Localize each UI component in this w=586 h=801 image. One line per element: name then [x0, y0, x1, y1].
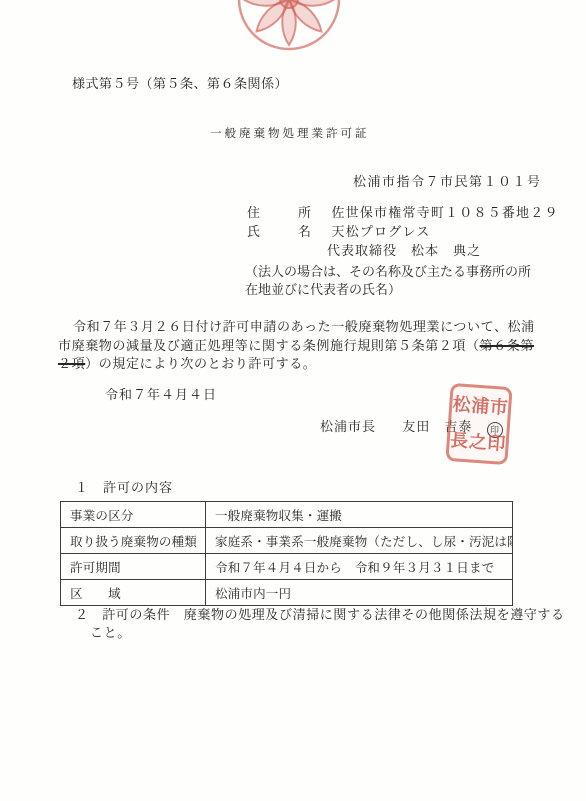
- name-label: 氏 名: [247, 221, 311, 240]
- row-value: 一般廃棄物収集・運搬: [206, 502, 513, 528]
- table-row: 区 域 松浦市内一円: [61, 580, 513, 606]
- row-label: 区 域: [61, 580, 206, 606]
- table-row: 取り扱う廃棄物の種類 家庭系・事業系一般廃棄物（ただし、し尿・汚泥は除く。）: [61, 528, 513, 554]
- recipient-name-row: 氏 名 天松プログレス: [247, 221, 430, 240]
- body-line-2: 市廃棄物の減量及び適正処理等に関する条例施行規則第５条第２項（第６条第: [58, 337, 564, 356]
- section2-line1: ２ 許可の条件 廃棄物の処理及び清掃に関する法律その他関係法規を遵守する: [60, 606, 570, 624]
- body-line-1: 令和７年３月２６日付け許可申請のあった一般廃棄物処理業について、松浦: [58, 318, 564, 337]
- representative-row: 代表取締役 松本 典之: [327, 240, 481, 259]
- issuer-title: 松浦市長: [320, 419, 376, 434]
- section2-conditions: ２ 許可の条件 廃棄物の処理及び清掃に関する法律その他関係法規を遵守する こと。: [60, 606, 570, 642]
- struck-text-1: 第６条第: [480, 338, 534, 353]
- permit-body-paragraph: 令和７年３月２６日付け許可申請のあった一般廃棄物処理業について、松浦 市廃棄物の…: [58, 318, 564, 374]
- name-value: 天松プログレス: [331, 224, 430, 239]
- section2-line2: こと。: [60, 624, 570, 642]
- corporate-note-line2: 在地並びに代表者の氏名）: [245, 279, 401, 298]
- row-label: 事業の区分: [61, 502, 206, 528]
- recipient-address-row: 住 所 佐世保市権常寺町１０８５番地２９: [247, 202, 559, 221]
- struck-text-2: ２項: [58, 356, 85, 371]
- table-row: 事業の区分 一般廃棄物収集・運搬: [61, 502, 513, 528]
- issue-date: 令和７年４月４日: [105, 384, 217, 403]
- address-label: 住 所: [247, 202, 311, 221]
- document-title: 一般廃棄物処理業許可証: [210, 125, 370, 141]
- form-number: 様式第５号（第５条、第６条関係）: [72, 73, 288, 92]
- address-value: 佐世保市権常寺町１０８５番地２９: [331, 205, 558, 220]
- row-label: 取り扱う廃棄物の種類: [61, 528, 206, 554]
- body-line-3: ２項）の規定により次のとおり許可する。: [58, 355, 564, 374]
- row-value: 令和７年４月４日から 令和９年３月３１日まで: [206, 554, 513, 580]
- row-label: 許可期間: [61, 554, 206, 580]
- permit-details-table: 事業の区分 一般廃棄物収集・運搬 取り扱う廃棄物の種類 家庭系・事業系一般廃棄物…: [60, 501, 513, 606]
- permit-document-page: 様式第５号（第５条、第６条関係） 一般廃棄物処理業許可証 松浦市指令７市民第１０…: [0, 0, 586, 801]
- table-row: 許可期間 令和７年４月４日から 令和９年３月３１日まで: [61, 554, 513, 580]
- reference-number: 松浦市指令７市民第１０１号: [353, 171, 542, 190]
- section1-heading: １ 許可の内容: [75, 477, 173, 496]
- row-value: 家庭系・事業系一般廃棄物（ただし、し尿・汚泥は除く。）: [206, 528, 513, 554]
- mayor-official-seal-icon: 松 浦 市 長 之 印: [445, 383, 512, 465]
- city-emblem-seal-icon: [235, 0, 343, 53]
- corporate-note-line1: （法人の場合は、その名称及び主たる事務所の所: [245, 261, 531, 280]
- row-value: 松浦市内一円: [206, 580, 513, 606]
